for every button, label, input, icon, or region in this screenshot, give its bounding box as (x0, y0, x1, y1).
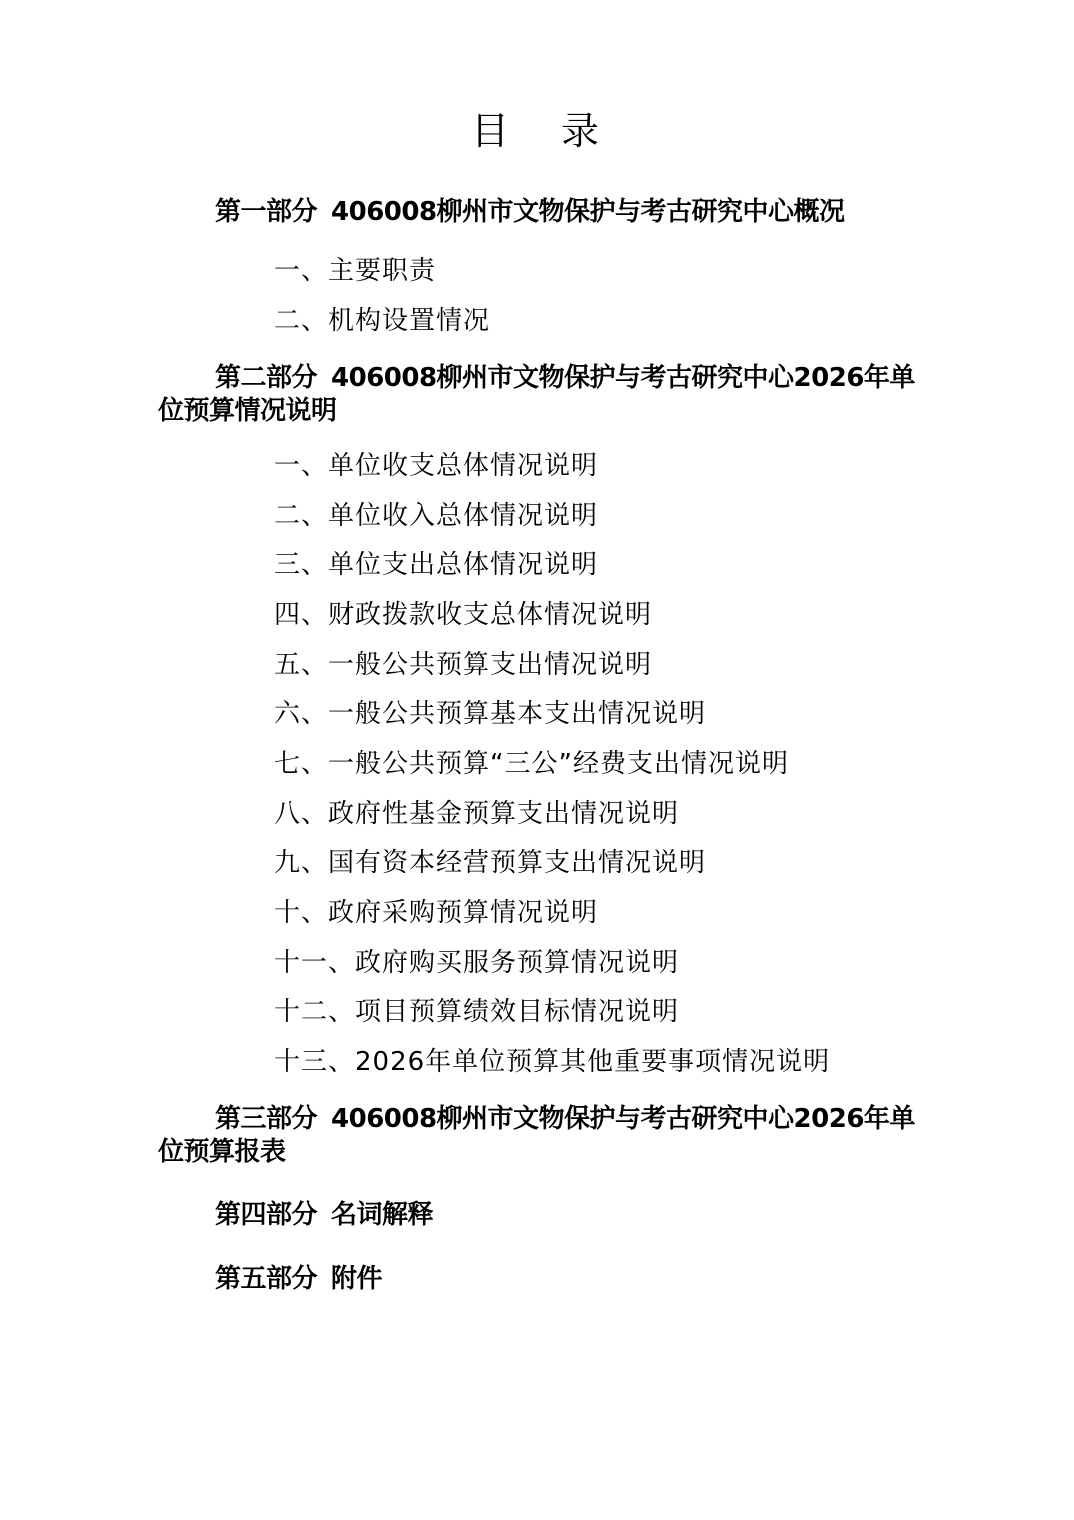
toc-item[interactable]: 六、一般公共预算基本支出情况说明 (274, 698, 706, 730)
part-label: 第三部分 (215, 1104, 317, 1134)
part-label: 第二部分 (215, 363, 317, 393)
toc-item[interactable]: 十二、项目预算绩效目标情况说明 (274, 996, 679, 1028)
toc-item[interactable]: 二、机构设置情况 (274, 305, 490, 337)
toc-item[interactable]: 十一、政府购买服务预算情况说明 (274, 947, 679, 979)
toc-item[interactable]: 十三、2026年单位预算其他重要事项情况说明 (274, 1046, 830, 1078)
toc-part-5[interactable]: 第五部分附件 (158, 1263, 938, 1296)
toc-item[interactable]: 五、一般公共预算支出情况说明 (274, 649, 652, 681)
toc-part-4[interactable]: 第四部分名词解释 (158, 1199, 938, 1232)
toc-item[interactable]: 七、一般公共预算“三公”经费支出情况说明 (274, 748, 789, 780)
toc-part-3[interactable]: 第三部分406008柳州市文物保护与考古研究中心2026年单位预算报表 (158, 1103, 938, 1169)
toc-item[interactable]: 一、主要职责 (274, 255, 436, 287)
toc-item[interactable]: 三、单位支出总体情况说明 (274, 549, 598, 581)
toc-part-1[interactable]: 第一部分406008柳州市文物保护与考古研究中心概况 (158, 196, 938, 229)
part-text: 406008柳州市文物保护与考古研究中心概况 (331, 197, 845, 227)
part-label: 第四部分 (215, 1200, 317, 1230)
part-label: 第五部分 (215, 1264, 317, 1294)
toc-item[interactable]: 十、政府采购预算情况说明 (274, 897, 598, 929)
page-title: 目 录 (0, 108, 1074, 154)
part-label: 第一部分 (215, 197, 317, 227)
toc-page: 目 录 第一部分406008柳州市文物保护与考古研究中心概况 一、主要职责 二、… (0, 0, 1074, 1520)
toc-part-2[interactable]: 第二部分406008柳州市文物保护与考古研究中心2026年单位预算情况说明 (158, 362, 938, 428)
toc-item[interactable]: 四、财政拨款收支总体情况说明 (274, 599, 652, 631)
toc-item[interactable]: 一、单位收支总体情况说明 (274, 450, 598, 482)
part-text: 附件 (331, 1264, 382, 1294)
toc-item[interactable]: 八、政府性基金预算支出情况说明 (274, 798, 679, 830)
toc-item[interactable]: 二、单位收入总体情况说明 (274, 500, 598, 532)
toc-item[interactable]: 九、国有资本经营预算支出情况说明 (274, 847, 706, 879)
part-text: 名词解释 (331, 1200, 433, 1230)
